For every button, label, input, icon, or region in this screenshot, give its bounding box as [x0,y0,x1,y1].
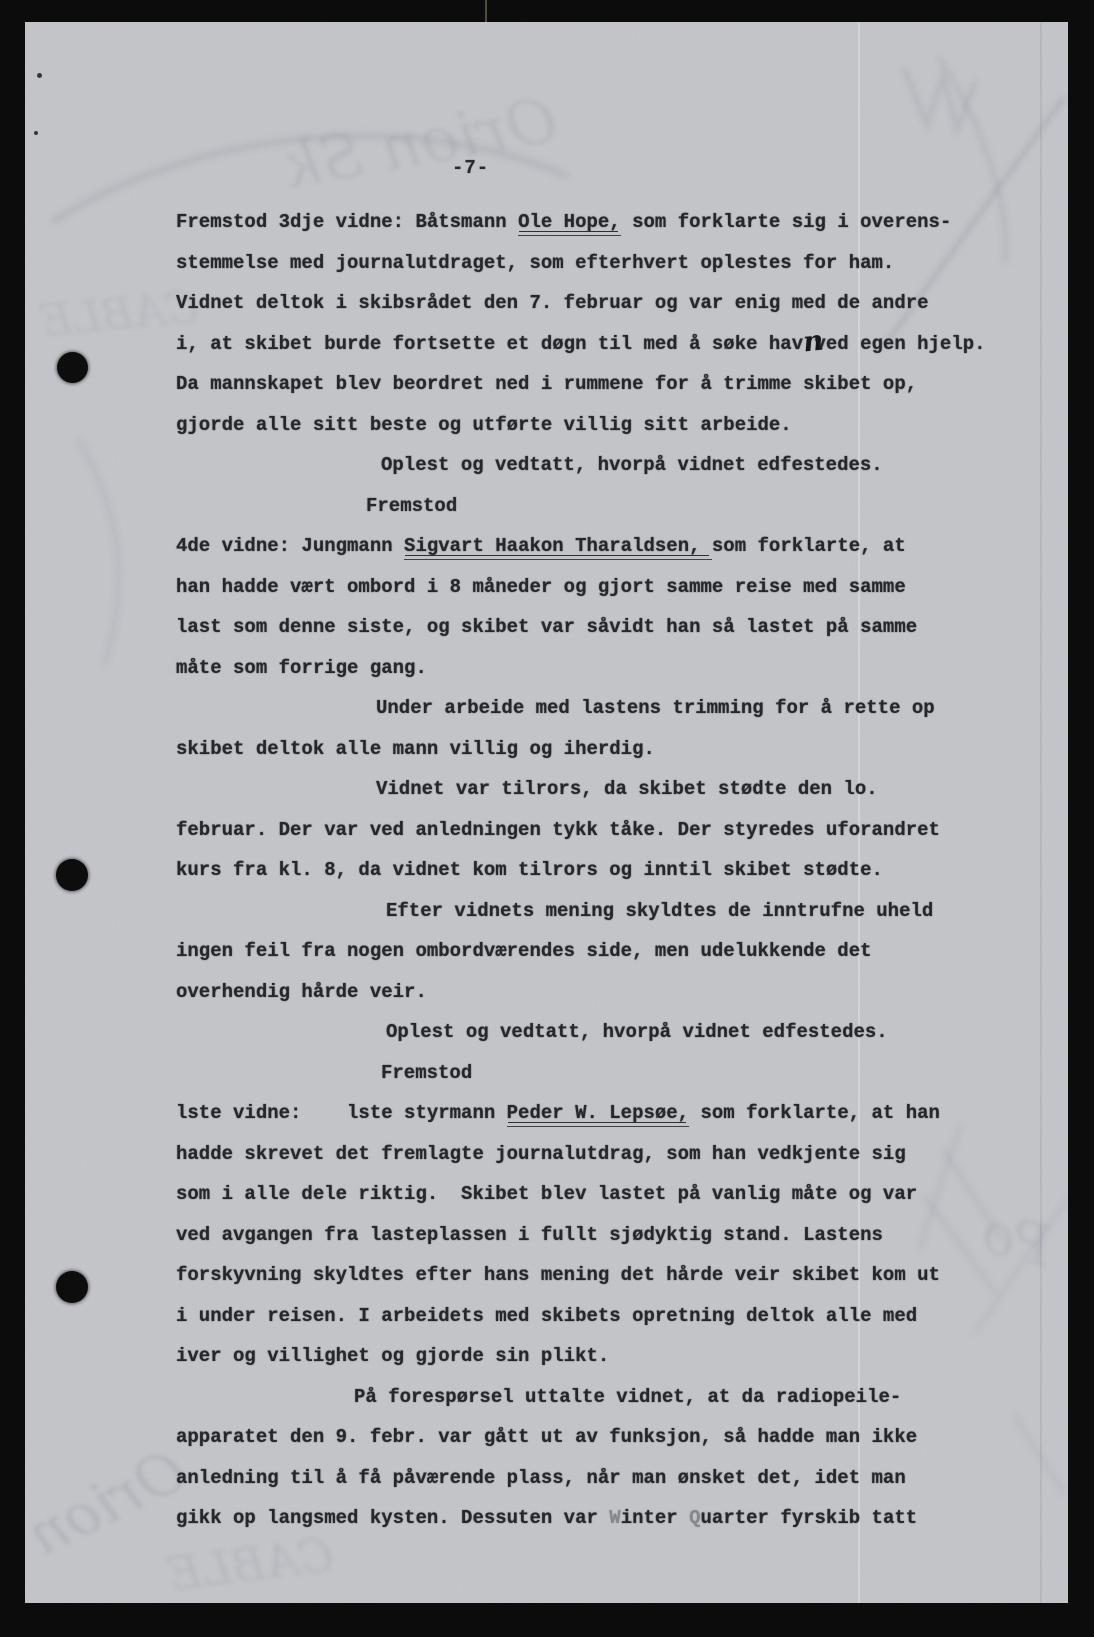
typewritten-line: anledning til å få påværende plass, når … [176,1458,1036,1499]
typewritten-line: som i alle dele riktig. Skibet blev last… [176,1174,1036,1215]
typewritten-line: Efter vidnets mening skyldtes de inntruf… [176,891,1036,932]
text-segment: som forklarte, at han [689,1102,940,1124]
text-segment: februar. Der var ved anledningen tykk tå… [176,819,940,841]
typewritten-line: gikk op langsmed kysten. Dessuten var Wi… [176,1498,1036,1539]
text-segment: apparatet den 9. febr. var gått ut av fu… [176,1426,917,1448]
typewritten-line: overhendig hårde veir. [176,972,1036,1013]
text-segment: Vidnet deltok i skibsrådet den 7. februa… [176,292,929,314]
scan-crease [485,0,487,24]
typewritten-line: kurs fra kl. 8, da vidnet kom tilrors og… [176,850,1036,891]
bleedthrough-text: Orion Sk [277,83,563,203]
scanned-document: Orion Sk CABLE Po Orion Sk CABLE -7- Fre… [0,0,1094,1637]
text-segment: På forespørsel uttalte vidnet, at da rad… [354,1386,901,1408]
text-segment: Vidnet var tilrors, da skibet stødte den… [376,778,878,800]
bleedthrough-text: Orion Sk [25,1435,196,1603]
text-segment: i under reisen. I arbeidets med skibets … [176,1305,917,1327]
text-segment: gikk op langsmed kysten. Dessuten var [176,1507,609,1529]
typewritten-line: han hadde vært ombord i 8 måneder og gjo… [176,567,1036,608]
typewritten-line: Oplest og vedtatt, hvorpå vidnet edfeste… [176,445,1036,486]
typewritten-line: hadde skrevet det fremlagte journalutdra… [176,1134,1036,1175]
text-segment: Under arbeide med lastens trimming for å… [376,697,935,719]
text-segment: Fremstod 3dje vidne: Båtsmann [176,211,518,233]
text-segment: inter [621,1507,689,1529]
text-segment: måte som forrige gang. [176,657,427,679]
text-segment: W [609,1507,620,1529]
underlined-name: Peder W. Lepsøe, [507,1102,689,1125]
underlined-name: Ole Hope, [518,211,621,234]
punch-hole [56,859,88,891]
text-segment: Fremstod [381,1062,472,1084]
typewritten-line: Fremstod 3dje vidne: Båtsmann Ole Hope, … [176,202,1036,243]
text-segment: 4de vidne: Jungmann [176,535,404,557]
underlined-name: Sigvart Haakon Tharaldsen, [404,535,712,558]
typewritten-line: Da mannskapet blev beordret ned i rummen… [176,364,1036,405]
text-segment: Fremstod [366,495,457,517]
typewritten-line: gjorde alle sitt beste og utførte villig… [176,405,1036,446]
page-number: -7- [452,157,542,179]
text-segment: skibet deltok alle mann villig og iherdi… [176,738,655,760]
typewritten-line: apparatet den 9. febr. var gått ut av fu… [176,1417,1036,1458]
dust-speck [37,73,42,78]
text-segment: som i alle dele riktig. Skibet blev last… [176,1183,917,1205]
text-segment: ved egen hjelp. [815,333,986,355]
text-segment: Oplest og vedtatt, hvorpå vidnet edfeste… [381,454,883,476]
typewritten-line: Vidnet deltok i skibsrådet den 7. februa… [176,283,1036,324]
handwritten-insertion: n [803,341,814,342]
text-segment: last som denne siste, og skibet var såvi… [176,616,917,638]
text-segment: stemmelse med journalutdraget, som efter… [176,252,894,274]
text-segment: ingen feil fra nogen ombordværendes side… [176,940,872,962]
scan-streak [1040,22,1042,1603]
typewritten-line: Vidnet var tilrors, da skibet stødte den… [176,769,1036,810]
typewritten-line: måte som forrige gang. [176,648,1036,689]
text-segment: Da mannskapet blev beordret ned i rummen… [176,373,917,395]
text-segment: forskyvning skyldtes efter hans mening d… [176,1264,940,1286]
text-segment: lste vidne: lste styrmann [176,1102,507,1124]
text-segment: iver og villighet og gjorde sin plikt. [176,1345,609,1367]
text-segment: han hadde vært ombord i 8 måneder og gjo… [176,576,906,598]
typewritten-line: i under reisen. I arbeidets med skibets … [176,1296,1036,1337]
text-segment: Oplest og vedtatt, hvorpå vidnet edfeste… [386,1021,888,1043]
typewritten-line: last som denne siste, og skibet var såvi… [176,607,1036,648]
text-segment: uarter fyrskib tatt [701,1507,918,1529]
typewritten-line: Fremstod [176,486,1036,527]
typewritten-line: iver og villighet og gjorde sin plikt. [176,1336,1036,1377]
text-segment: i, at skibet burde fortsette et døgn til… [176,333,803,355]
typewritten-line: ingen feil fra nogen ombordværendes side… [176,931,1036,972]
document-text: Fremstod 3dje vidne: Båtsmann Ole Hope, … [176,202,1036,1539]
text-segment: som forklarte sig i overens- [621,211,952,233]
typewritten-line: Under arbeide med lastens trimming for å… [176,688,1036,729]
text-segment: kurs fra kl. 8, da vidnet kom tilrors og… [176,859,883,881]
typewritten-line: forskyvning skyldtes efter hans mening d… [176,1255,1036,1296]
text-segment: hadde skrevet det fremlagte journalutdra… [176,1143,906,1165]
text-segment: som forklarte, at [712,535,906,557]
document-page: Orion Sk CABLE Po Orion Sk CABLE -7- Fre… [25,22,1068,1603]
text-segment: Efter vidnets mening skyldtes de inntruf… [386,900,933,922]
punch-hole [56,1271,88,1303]
typewritten-line: På forespørsel uttalte vidnet, at da rad… [176,1377,1036,1418]
typewritten-line: Fremstod [176,1053,1036,1094]
typewritten-line: stemmelse med journalutdraget, som efter… [176,243,1036,284]
text-segment: gjorde alle sitt beste og utførte villig… [176,414,792,436]
typewritten-line: ved avgangen fra lasteplassen i fullt sj… [176,1215,1036,1256]
dust-speck [34,131,38,135]
text-segment: Q [689,1507,700,1529]
text-segment: ved avgangen fra lasteplassen i fullt sj… [176,1224,883,1246]
typewritten-line: skibet deltok alle mann villig og iherdi… [176,729,1036,770]
text-segment: overhendig hårde veir. [176,981,427,1003]
typewritten-line: i, at skibet burde fortsette et døgn til… [176,324,1036,365]
punch-hole [57,352,88,383]
typewritten-line: lste vidne: lste styrmann Peder W. Lepsø… [176,1093,1036,1134]
text-segment: anledning til å få påværende plass, når … [176,1467,906,1489]
typewritten-line: februar. Der var ved anledningen tykk tå… [176,810,1036,851]
typewritten-line: Oplest og vedtatt, hvorpå vidnet edfeste… [176,1012,1036,1053]
typewritten-line: 4de vidne: Jungmann Sigvart Haakon Thara… [176,526,1036,567]
